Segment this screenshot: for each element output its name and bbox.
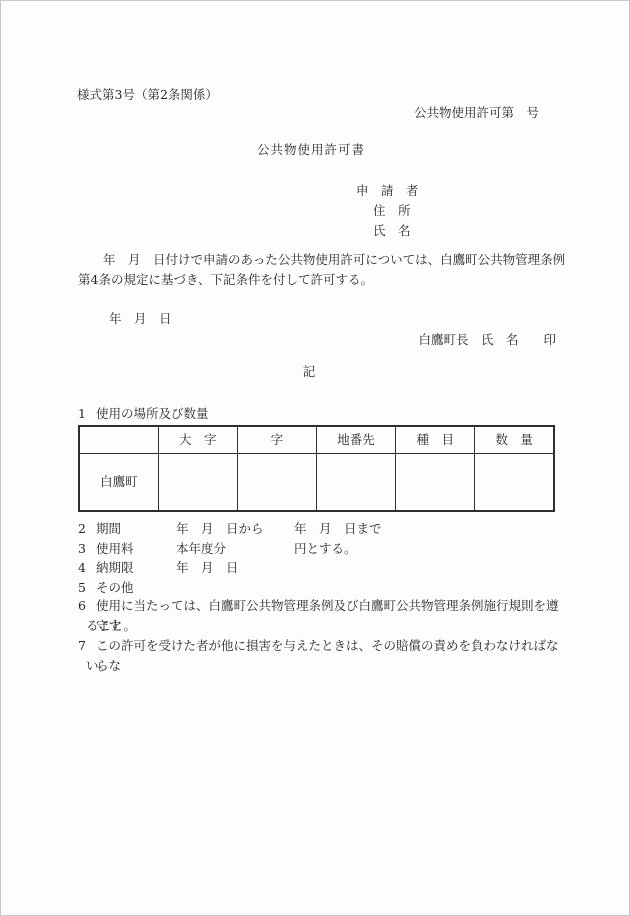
applicant-name-label: 氏 名	[356, 221, 419, 241]
item-period-to: 年 月 日まで	[294, 519, 382, 539]
item-other-col1	[176, 578, 294, 598]
item-other-label: その他	[96, 578, 176, 598]
item-other-number: 5	[78, 578, 96, 598]
table-cell-lot-number	[316, 453, 395, 511]
permit-document-page: 様式第3号（第2条関係） 公共物使用許可第 号 公共物使用許可書 申 請 者 住…	[0, 0, 630, 916]
permit-serial-number: 公共物使用許可第 号	[414, 103, 539, 123]
issue-date-line: 年 月 日	[109, 309, 172, 329]
applicant-address-label: 住 所	[356, 201, 419, 221]
usage-place-table: 大 字 字 地番先 種 目 数 量 白鷹町	[78, 425, 555, 512]
section1-heading: 1 使用の場所及び数量	[78, 404, 558, 424]
table-cell-town-name: 白鷹町	[79, 453, 158, 511]
document-title: 公共物使用許可書	[1, 140, 621, 160]
table-cell-category	[396, 453, 475, 511]
table-header-oaza: 大 字	[158, 426, 237, 453]
section1-number: 1	[78, 404, 96, 424]
form-number: 様式第3号（第2条関係）	[77, 85, 218, 105]
item-compliance-text-line1: 使用に当たっては、白鷹町公共物管理条例及び白鷹町公共物管理条例施行規則を遵守す	[96, 596, 570, 636]
item-liability-text-line2: い。	[86, 656, 111, 676]
table-header-row: 大 字 字 地番先 種 目 数 量	[79, 426, 554, 453]
item-payment-deadline-date: 年 月 日	[176, 558, 294, 578]
permission-statement-line2: 第4条の規定に基づき、下記条件を付して許可する。	[78, 270, 570, 290]
applicant-block: 申 請 者 住 所 氏 名	[356, 181, 419, 241]
permission-statement: 年 月 日付けで申請のあった公共物使用許可については、白鷹町公共物管理条例 第4…	[78, 250, 570, 290]
item-payment-deadline-number: 4	[78, 558, 96, 578]
table-header-blank	[79, 426, 158, 453]
table-cell-oaza	[158, 453, 237, 511]
item-compliance: 6 使用に当たっては、白鷹町公共物管理条例及び白鷹町公共物管理条例施行規則を遵守…	[78, 596, 570, 636]
item-fee-number: 3	[78, 539, 96, 559]
table-header-aza: 字	[237, 426, 316, 453]
item-liability-text-line1: この許可を受けた者が他に損害を与えたときは、その賠償の責めを負わなければならな	[96, 636, 570, 676]
permission-statement-line1: 年 月 日付けで申請のあった公共物使用許可については、白鷹町公共物管理条例	[78, 250, 570, 270]
item-payment-deadline: 4 納期限 年 月 日	[78, 558, 570, 578]
table-header-category: 種 目	[396, 426, 475, 453]
item-compliance-text-line2: ること。	[86, 616, 136, 636]
record-mark: 記	[1, 362, 617, 382]
table-header-quantity: 数 量	[475, 426, 554, 453]
section1-heading-text: 使用の場所及び数量	[96, 404, 209, 424]
item-fee-amount: 円とする。	[294, 539, 357, 559]
item-liability: 7 この許可を受けた者が他に損害を与えたときは、その賠償の責めを負わなければなら…	[78, 636, 570, 676]
table-cell-quantity	[475, 453, 554, 511]
item-fee-label: 使用料	[96, 539, 176, 559]
item-fee-fiscal-year: 本年度分	[176, 539, 294, 559]
table-row: 白鷹町	[79, 453, 554, 511]
item-period-from: 年 月 日から	[176, 519, 294, 539]
item-period: 2 期間 年 月 日から 年 月 日まで	[78, 519, 570, 539]
item-payment-deadline-label: 納期限	[96, 558, 176, 578]
item-period-label: 期間	[96, 519, 176, 539]
item-fee: 3 使用料 本年度分 円とする。	[78, 539, 570, 559]
table-cell-aza	[237, 453, 316, 511]
applicant-label: 申 請 者	[356, 181, 419, 201]
mayor-signature-line: 白鷹町長 氏 名 印	[418, 330, 556, 350]
item-period-number: 2	[78, 519, 96, 539]
table-header-lot-number: 地番先	[316, 426, 395, 453]
item-other: 5 その他	[78, 578, 570, 598]
